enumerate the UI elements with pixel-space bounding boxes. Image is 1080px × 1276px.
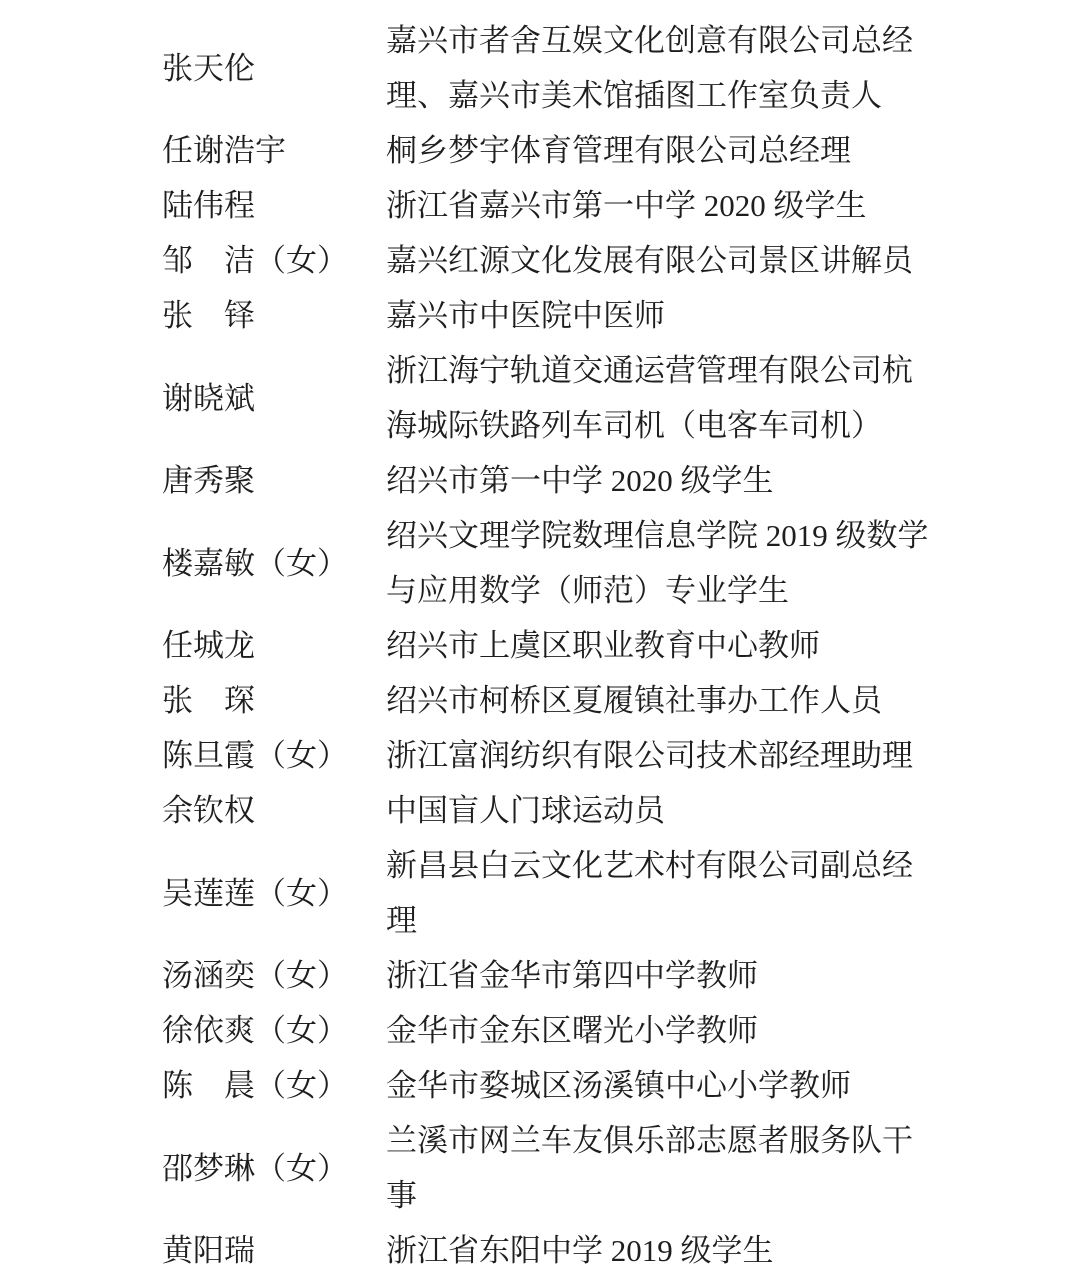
person-title: 浙江省金华市第四中学教师 bbox=[386, 948, 931, 1003]
person-name: 徐依爽（女） bbox=[162, 1003, 386, 1058]
person-title: 嘉兴市者舍互娱文化创意有限公司总经理、嘉兴市美术馆插图工作室负责人 bbox=[386, 13, 931, 123]
person-name: 黄阳瑞 bbox=[162, 1223, 386, 1276]
person-name: 汤涵奕（女） bbox=[162, 948, 386, 1003]
person-name: 邵梦琳（女） bbox=[162, 1141, 386, 1196]
person-name: 谢晓斌 bbox=[162, 371, 386, 426]
list-item: 汤涵奕（女） 浙江省金华市第四中学教师 bbox=[162, 948, 1080, 1003]
list-item: 陈 晨（女） 金华市婺城区汤溪镇中心小学教师 bbox=[162, 1058, 1080, 1113]
person-name: 张 琛 bbox=[162, 673, 386, 728]
honoree-list-page: 张天伦 嘉兴市者舍互娱文化创意有限公司总经理、嘉兴市美术馆插图工作室负责人 任谢… bbox=[0, 0, 1080, 1276]
list-item: 徐依爽（女） 金华市金东区曙光小学教师 bbox=[162, 1003, 1080, 1058]
person-name: 陆伟程 bbox=[162, 178, 386, 233]
list-item: 余钦权 中国盲人门球运动员 bbox=[162, 783, 1080, 838]
person-title: 嘉兴市中医院中医师 bbox=[386, 288, 931, 343]
person-name: 张天伦 bbox=[162, 41, 386, 96]
list-item: 张 铎 嘉兴市中医院中医师 bbox=[162, 288, 1080, 343]
person-title: 新昌县白云文化艺术村有限公司副总经理 bbox=[386, 838, 931, 948]
list-item: 吴莲莲（女） 新昌县白云文化艺术村有限公司副总经理 bbox=[162, 838, 1080, 948]
person-title: 绍兴市上虞区职业教育中心教师 bbox=[386, 618, 931, 673]
list-item: 任城龙 绍兴市上虞区职业教育中心教师 bbox=[162, 618, 1080, 673]
person-title: 金华市金东区曙光小学教师 bbox=[386, 1003, 931, 1058]
person-title: 浙江海宁轨道交通运营管理有限公司杭海城际铁路列车司机（电客车司机） bbox=[386, 343, 931, 453]
list-item: 楼嘉敏（女） 绍兴文理学院数理信息学院 2019 级数学与应用数学（师范）专业学… bbox=[162, 508, 1080, 618]
person-name: 邹 洁（女） bbox=[162, 233, 386, 288]
list-item: 黄阳瑞 浙江省东阳中学 2019 级学生 bbox=[162, 1223, 1080, 1276]
person-title: 浙江省东阳中学 2019 级学生 bbox=[386, 1223, 931, 1276]
person-name: 楼嘉敏（女） bbox=[162, 536, 386, 591]
person-title: 兰溪市网兰车友俱乐部志愿者服务队干事 bbox=[386, 1113, 931, 1223]
person-title: 绍兴市柯桥区夏履镇社事办工作人员 bbox=[386, 673, 931, 728]
list-item: 邹 洁（女） 嘉兴红源文化发展有限公司景区讲解员 bbox=[162, 233, 1080, 288]
list-item: 张 琛 绍兴市柯桥区夏履镇社事办工作人员 bbox=[162, 673, 1080, 728]
person-name: 余钦权 bbox=[162, 783, 386, 838]
list-item: 邵梦琳（女） 兰溪市网兰车友俱乐部志愿者服务队干事 bbox=[162, 1113, 1080, 1223]
person-name: 任谢浩宇 bbox=[162, 123, 386, 178]
person-name: 吴莲莲（女） bbox=[162, 866, 386, 921]
list-item: 任谢浩宇 桐乡梦宇体育管理有限公司总经理 bbox=[162, 123, 1080, 178]
person-name: 陈旦霞（女） bbox=[162, 728, 386, 783]
person-name: 陈 晨（女） bbox=[162, 1058, 386, 1113]
list-item: 陈旦霞（女） 浙江富润纺织有限公司技术部经理助理 bbox=[162, 728, 1080, 783]
person-title: 中国盲人门球运动员 bbox=[386, 783, 931, 838]
person-name: 唐秀聚 bbox=[162, 453, 386, 508]
list-item: 谢晓斌 浙江海宁轨道交通运营管理有限公司杭海城际铁路列车司机（电客车司机） bbox=[162, 343, 1080, 453]
person-title: 浙江富润纺织有限公司技术部经理助理 bbox=[386, 728, 931, 783]
person-title: 嘉兴红源文化发展有限公司景区讲解员 bbox=[386, 233, 931, 288]
person-name: 张 铎 bbox=[162, 288, 386, 343]
person-name: 任城龙 bbox=[162, 618, 386, 673]
list-item: 唐秀聚 绍兴市第一中学 2020 级学生 bbox=[162, 453, 1080, 508]
person-title: 浙江省嘉兴市第一中学 2020 级学生 bbox=[386, 178, 931, 233]
person-title: 桐乡梦宇体育管理有限公司总经理 bbox=[386, 123, 931, 178]
list-item: 陆伟程 浙江省嘉兴市第一中学 2020 级学生 bbox=[162, 178, 1080, 233]
person-title: 绍兴市第一中学 2020 级学生 bbox=[386, 453, 931, 508]
list-item: 张天伦 嘉兴市者舍互娱文化创意有限公司总经理、嘉兴市美术馆插图工作室负责人 bbox=[162, 13, 1080, 123]
person-title: 绍兴文理学院数理信息学院 2019 级数学与应用数学（师范）专业学生 bbox=[386, 508, 931, 618]
person-title: 金华市婺城区汤溪镇中心小学教师 bbox=[386, 1058, 931, 1113]
